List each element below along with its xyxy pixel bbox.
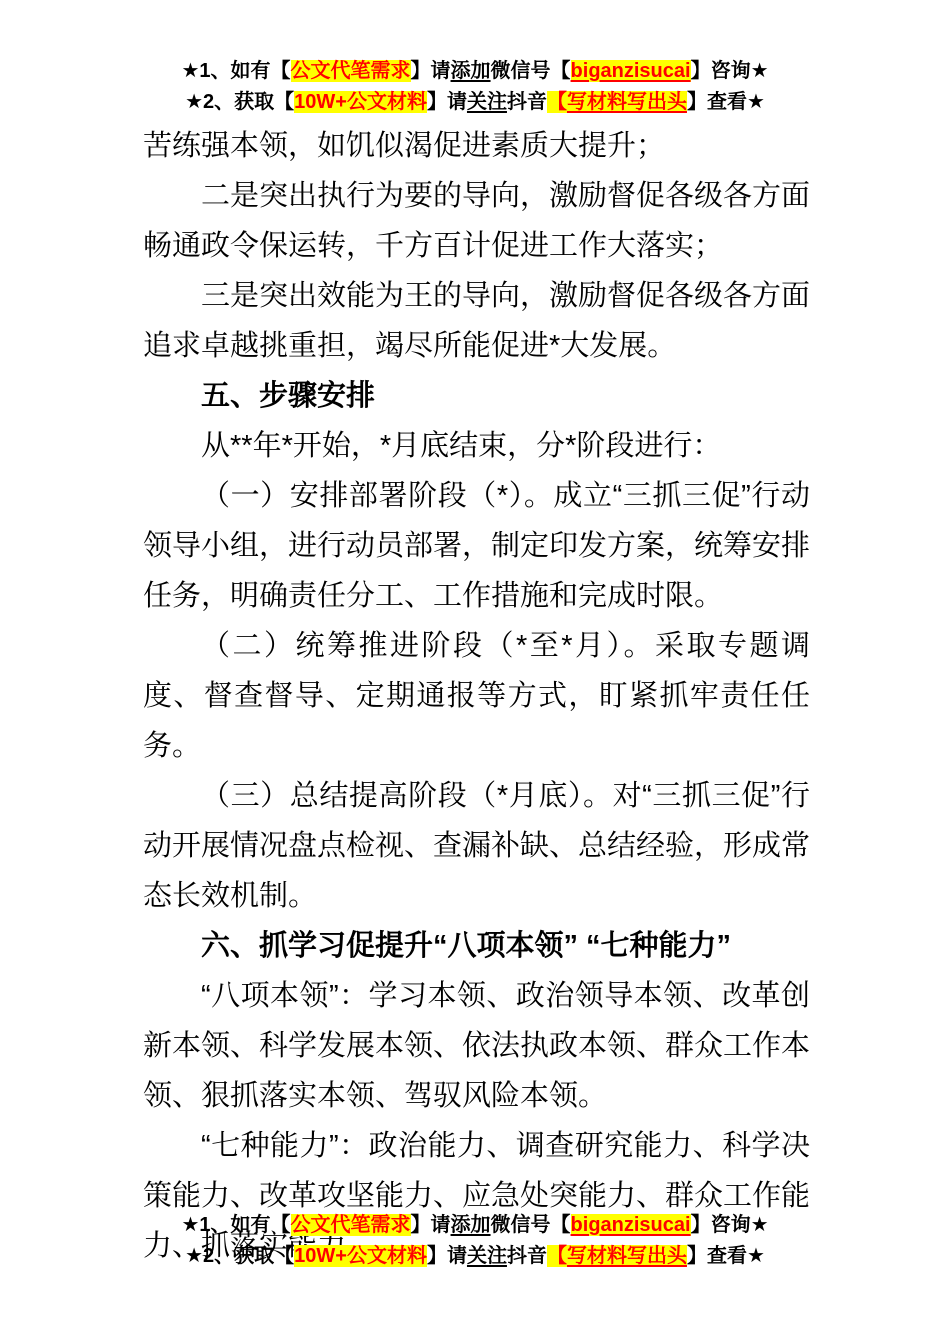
footer-notice-line-2: ★2、获取【10W+公文材料】请关注抖音【写材料写出头】查看★ xyxy=(0,1241,950,1272)
douyin-id-text: 写材料写出头 xyxy=(567,1245,687,1267)
notice-text: ★1、如有【 xyxy=(181,1214,290,1236)
notice-text: ★1、如有【 xyxy=(181,60,290,82)
paragraph: 从**年*开始，*月底结束，分*阶段进行： xyxy=(143,421,810,471)
paragraph: 二是突出执行为要的导向，激励督促各级各方面畅通政令保运转，千方百计促进工作大落实… xyxy=(143,171,810,271)
notice-text: 抖音 xyxy=(507,1245,547,1267)
header-notice-line-1: ★1、如有【公文代笔需求】请添加微信号【biganzisucai】咨询★ xyxy=(0,56,950,87)
header-notice: ★1、如有【公文代笔需求】请添加微信号【biganzisucai】咨询★ ★2、… xyxy=(0,56,950,118)
document-page: { "page": { "background": "#ffffff", "hi… xyxy=(0,0,950,1344)
document-body: 苦练强本领，如饥似渴促进素质大提升； 二是突出执行为要的导向，激励督促各级各方面… xyxy=(143,121,810,1271)
notice-text: 】请 xyxy=(427,1245,467,1267)
notice-highlight: 【 xyxy=(547,91,567,113)
douyin-id-text: 写材料写出头 xyxy=(567,91,687,113)
notice-text: ★2、获取【 xyxy=(185,1245,294,1267)
paragraph-continuation: 苦练强本领，如饥似渴促进素质大提升； xyxy=(143,121,810,171)
notice-text: 微信号【 xyxy=(491,1214,571,1236)
notice-text: 】咨询★ xyxy=(691,60,769,82)
paragraph: （二）统筹推进阶段（*至*月）。采取专题调度、督查督导、定期通报等方式，盯紧抓牢… xyxy=(143,621,810,771)
paragraph: （三）总结提高阶段（*月底）。对“三抓三促”行动开展情况盘点检视、查漏补缺、总结… xyxy=(143,771,810,921)
notice-text: 】咨询★ xyxy=(691,1214,769,1236)
notice-underline-text: 添加 xyxy=(451,60,491,82)
header-notice-line-2: ★2、获取【10W+公文材料】请关注抖音【写材料写出头】查看★ xyxy=(0,87,950,118)
notice-underline-text: 添加 xyxy=(451,1214,491,1236)
wechat-id-text: biganzisucai xyxy=(571,60,691,82)
paragraph: 三是突出效能为王的导向，激励督促各级各方面追求卓越挑重担，竭尽所能促进*大发展。 xyxy=(143,271,810,371)
wechat-id-text: biganzisucai xyxy=(571,1214,691,1236)
notice-text: 微信号【 xyxy=(491,60,571,82)
paragraph: （一）安排部署阶段（*）。成立“三抓三促”行动领导小组，进行动员部署，制定印发方… xyxy=(143,471,810,621)
notice-highlight: 10W+公文材料 xyxy=(294,1245,427,1267)
notice-underline-text: 关注 xyxy=(467,1245,507,1267)
notice-text: ★2、获取【 xyxy=(185,91,294,113)
notice-highlight: 10W+公文材料 xyxy=(294,91,427,113)
notice-highlight: 【 xyxy=(547,1245,567,1267)
notice-underline-text: 关注 xyxy=(467,91,507,113)
notice-text: 】查看★ xyxy=(687,1245,765,1267)
footer-notice-line-1: ★1、如有【公文代笔需求】请添加微信号【biganzisucai】咨询★ xyxy=(0,1210,950,1241)
notice-text: 抖音 xyxy=(507,91,547,113)
section-heading-5: 五、步骤安排 xyxy=(143,371,810,421)
notice-text: 】请 xyxy=(411,60,451,82)
notice-highlight: 公文代笔需求 xyxy=(291,60,411,82)
notice-text: 】请 xyxy=(411,1214,451,1236)
footer-notice: ★1、如有【公文代笔需求】请添加微信号【biganzisucai】咨询★ ★2、… xyxy=(0,1210,950,1272)
notice-text: 】请 xyxy=(427,91,467,113)
paragraph: “八项本领”：学习本领、政治领导本领、改革创新本领、科学发展本领、依法执政本领、… xyxy=(143,971,810,1121)
notice-highlight: 公文代笔需求 xyxy=(291,1214,411,1236)
section-heading-6: 六、抓学习促提升“八项本领” “七种能力” xyxy=(143,921,810,971)
notice-text: 】查看★ xyxy=(687,91,765,113)
